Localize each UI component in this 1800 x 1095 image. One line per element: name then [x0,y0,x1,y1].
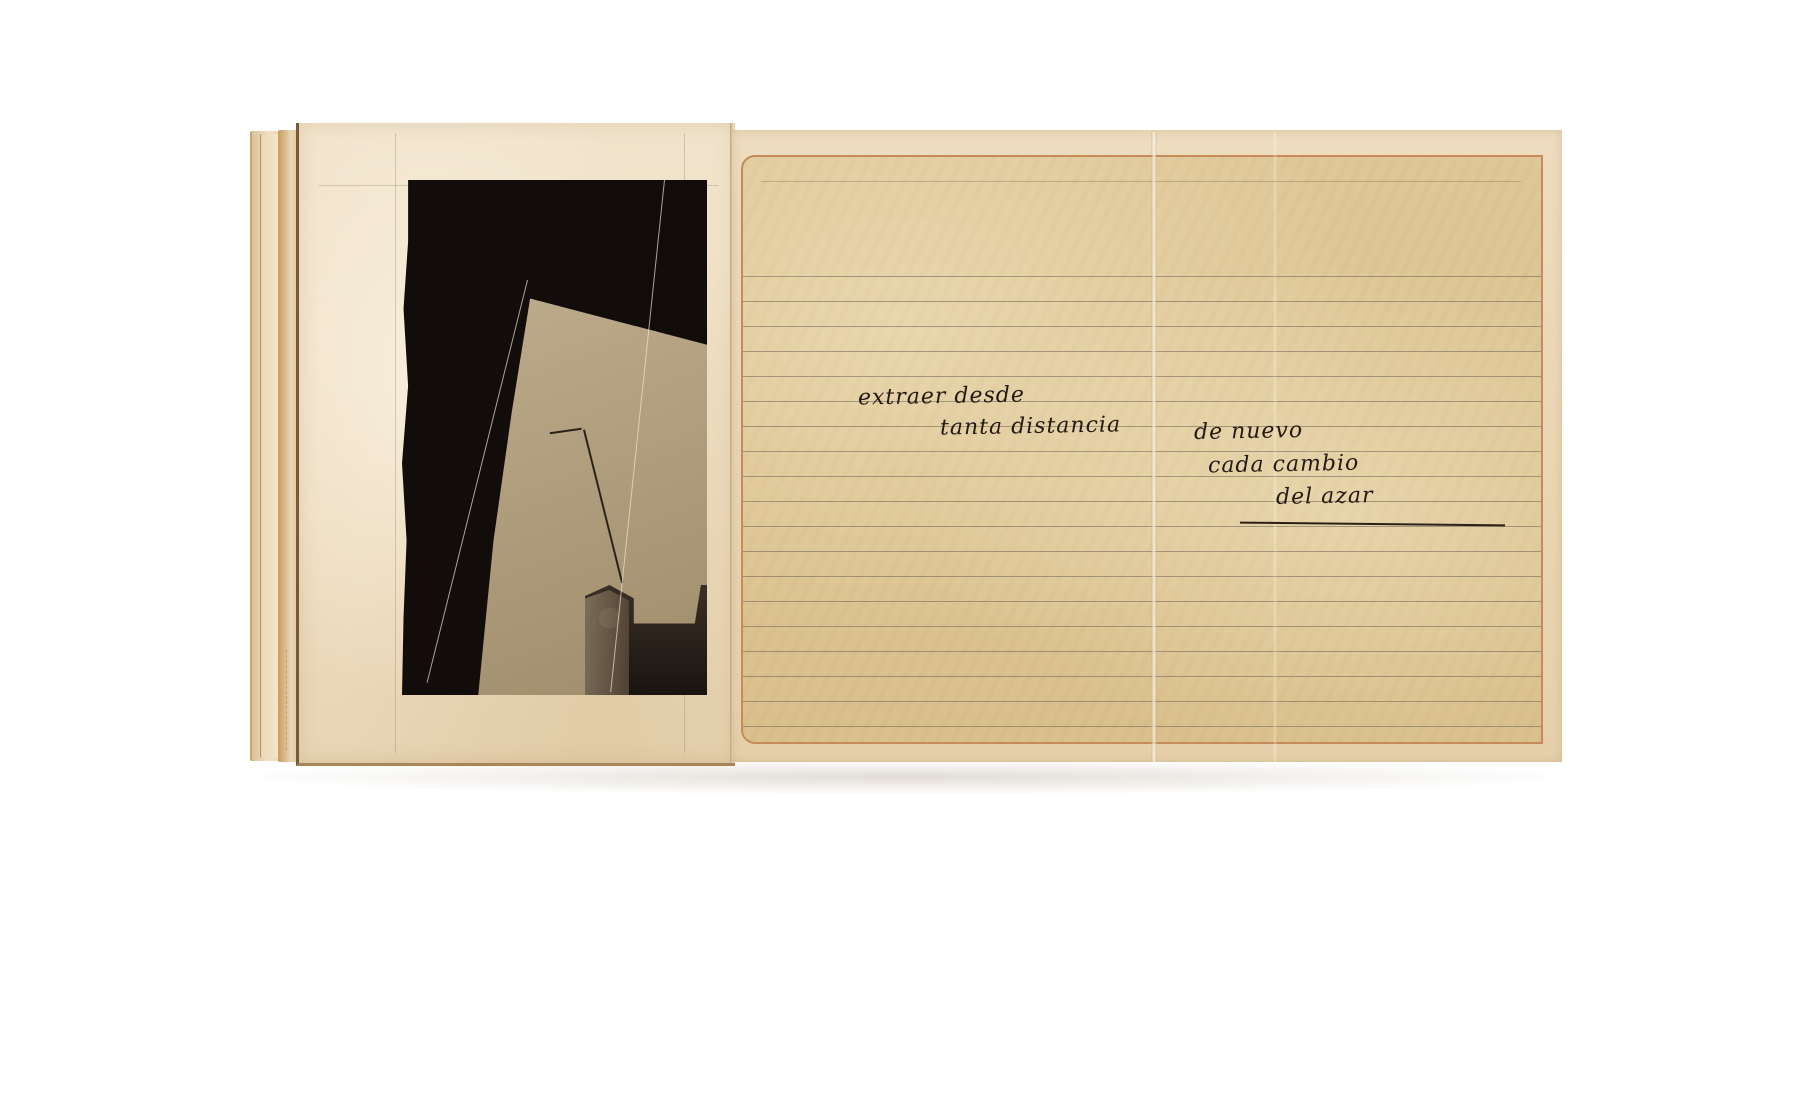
photo-tower-highlight [585,590,629,695]
handwriting-line: cada cambio [1208,451,1360,479]
sheet-crease [1273,132,1277,762]
ruled-line [761,181,1521,182]
artist-book: extraer desde tanta distancia de nuevo c… [0,0,1800,1095]
handwriting-line: tanta distancia [940,412,1122,440]
handwriting-line: del azar [1276,483,1374,510]
handwriting-line: de nuevo [1194,418,1304,445]
mounted-photograph [402,180,707,695]
sheet-fold [1151,132,1157,762]
pencil-guide-line [395,133,396,753]
water-stain [262,650,287,750]
ruled-lines [743,252,1541,728]
handwriting-line: extraer desde [858,383,1025,411]
ruled-notebook-sheet [741,155,1543,744]
